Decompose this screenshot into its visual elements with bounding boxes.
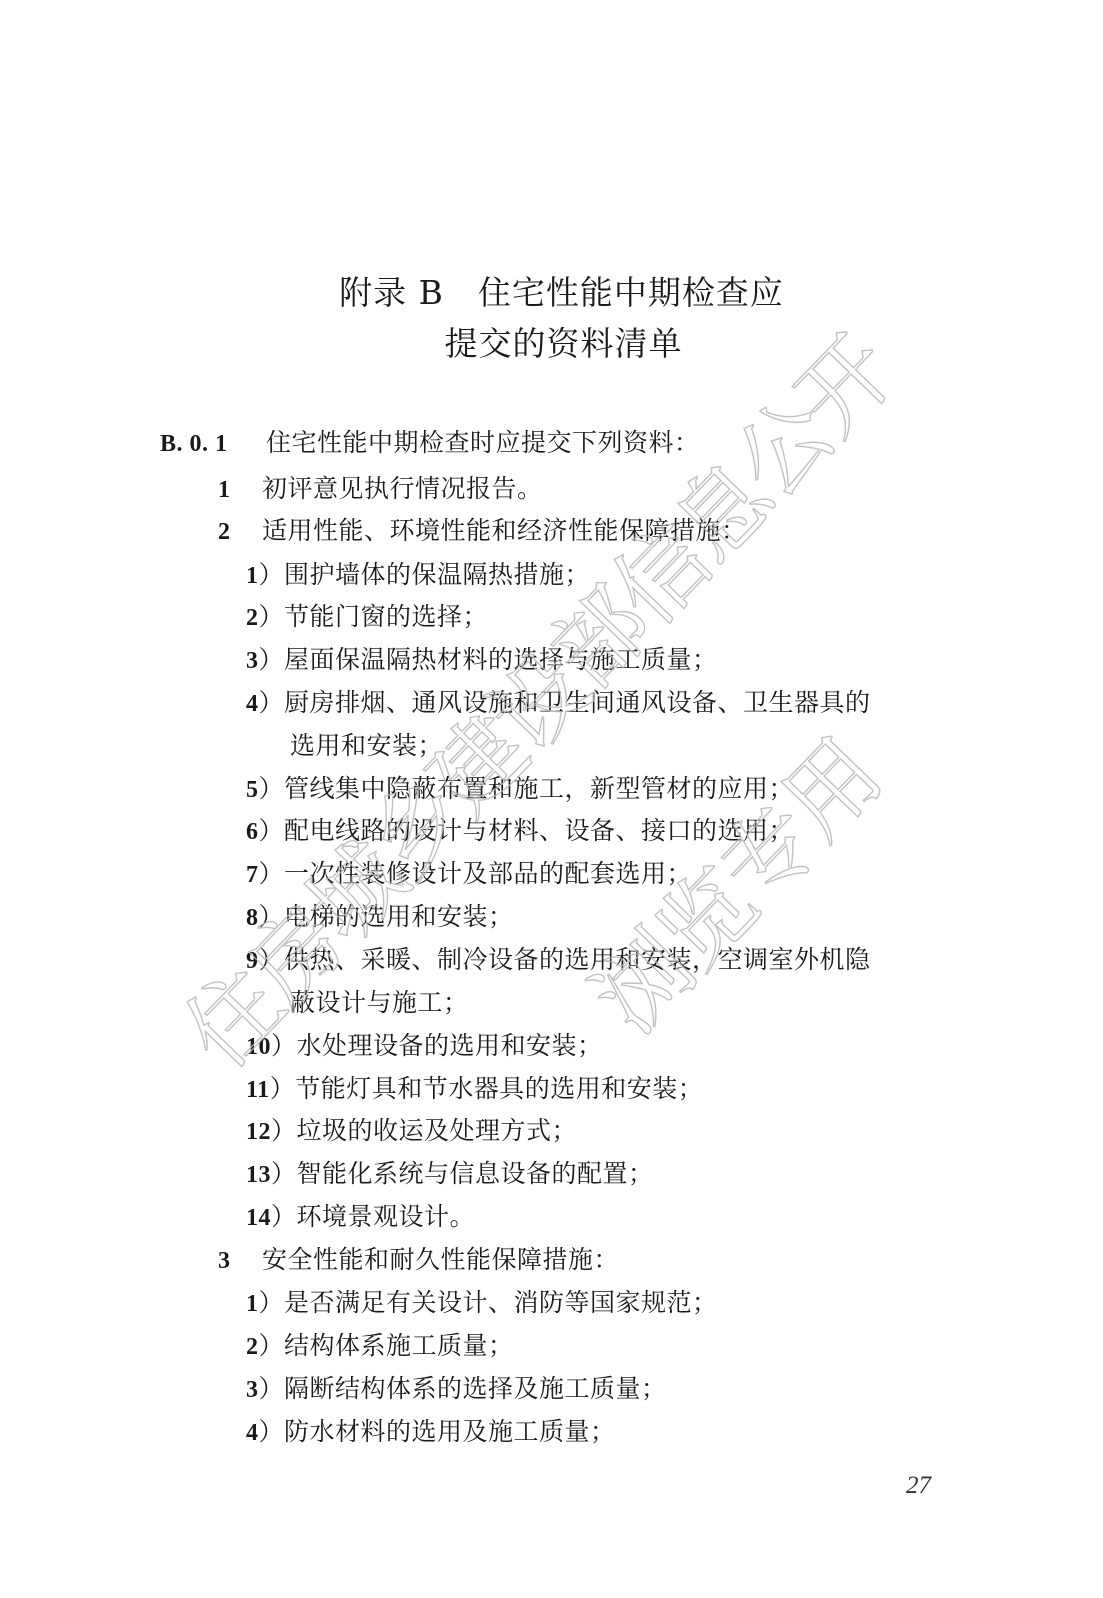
sub-item-number: 9 (246, 949, 259, 973)
item-text: 适用性能、环境性能和经济性能保障措施： (262, 516, 747, 545)
sub-item: 7）一次性装修设计及部品的配套选用； (246, 861, 692, 887)
sub-item-text: 屋面保温隔热材料的选择与施工质量； (284, 645, 718, 674)
sub-item-text: 围护墙体的保温隔热措施； (284, 560, 590, 589)
paren: ） (259, 1288, 285, 1317)
paren: ） (259, 560, 285, 589)
sub-item: 11）节能灯具和节水器具的选用和安装； (246, 1076, 703, 1102)
sub-item: 3）屋面保温隔热材料的选择与施工质量； (246, 647, 718, 673)
list-item-3: 3安全性能和耐久性能保障措施： (218, 1247, 619, 1273)
sub-item-text: 供热、采暖、制冷设备的选用和安装，空调室外机隐 (284, 945, 871, 974)
appendix-title-main: 住宅性能中期检查应 (478, 273, 784, 312)
sub-item-number: 11 (246, 1078, 270, 1102)
sub-item-text: 管线集中隐蔽布置和施工，新型管材的应用； (284, 774, 794, 803)
sub-item-text: 防水材料的选用及施工质量； (284, 1417, 616, 1446)
paren: ） (259, 688, 285, 717)
appendix-label: 附录 B (339, 273, 444, 312)
sub-item-number: 4 (246, 692, 259, 716)
sub-item-text: 隔断结构体系的选择及施工质量； (284, 1374, 667, 1403)
paren: ） (259, 1374, 285, 1403)
sub-item-number: 13 (246, 1163, 271, 1187)
appendix-title-line-1: 附录 B住宅性能中期检查应 (10, 276, 1103, 309)
sub-item: 1）围护墙体的保温隔热措施； (246, 562, 590, 588)
sub-item: 1）是否满足有关设计、消防等国家规范； (246, 1290, 718, 1316)
sub-item: 13）智能化系统与信息设备的配置； (246, 1161, 654, 1187)
item-text: 初评意见执行情况报告。 (262, 474, 543, 503)
paren: ） (271, 1202, 297, 1231)
sub-item: 10）水处理设备的选用和安装； (246, 1033, 603, 1059)
item-text: 安全性能和耐久性能保障措施： (262, 1245, 619, 1274)
sub-item-number: 7 (246, 863, 259, 887)
sub-item-number: 12 (246, 1120, 271, 1144)
sub-item-text: 结构体系施工质量； (284, 1331, 514, 1360)
paren: ） (259, 602, 285, 631)
sub-item: 8）电梯的选用和安装； (246, 904, 514, 930)
item-number: 1 (218, 478, 262, 502)
paren: ） (259, 816, 285, 845)
sub-item-text: 智能化系统与信息设备的配置； (297, 1159, 654, 1188)
paren: ） (271, 1116, 297, 1145)
paren: ） (259, 774, 285, 803)
sub-item: 14）环境景观设计。 (246, 1204, 475, 1230)
sub-item: 9）供热、采暖、制冷设备的选用和安装，空调室外机隐 (246, 947, 871, 973)
sub-item-text: 是否满足有关设计、消防等国家规范； (284, 1288, 718, 1317)
item-number: 2 (218, 520, 262, 544)
sub-item-number: 6 (246, 820, 259, 844)
page-number: 27 (906, 1472, 931, 1500)
document-page: 附录 B住宅性能中期检查应 提交的资料清单 B. 0. 1住宅性能中期检查时应提… (0, 0, 1103, 1598)
sub-item-continuation: 选用和安装； (290, 733, 443, 758)
sub-item: 12）垃圾的收运及处理方式； (246, 1118, 577, 1144)
sub-item: 5）管线集中隐蔽布置和施工，新型管材的应用； (246, 776, 794, 802)
sub-item-text: 水处理设备的选用和安装； (297, 1031, 603, 1060)
sub-item-text: 一次性装修设计及部品的配套选用； (284, 859, 692, 888)
list-item-1: 1初评意见执行情况报告。 (218, 476, 543, 502)
sub-item-number: 5 (246, 778, 259, 802)
sub-item-text: 环境景观设计。 (297, 1202, 476, 1231)
sub-item: 2）节能门窗的选择； (246, 604, 488, 630)
sub-item-text: 节能门窗的选择； (284, 602, 488, 631)
paren: ） (259, 1417, 285, 1446)
sub-item: 2）结构体系施工质量； (246, 1333, 514, 1359)
sub-item: 4）防水材料的选用及施工质量； (246, 1419, 616, 1445)
sub-item-number: 3 (246, 649, 259, 673)
sub-item-number: 10 (246, 1035, 271, 1059)
sub-item-number: 1 (246, 1292, 259, 1316)
sub-item-number: 2 (246, 1335, 259, 1359)
sub-item-text: 电梯的选用和安装； (284, 902, 514, 931)
sub-item-text: 垃圾的收运及处理方式； (297, 1116, 578, 1145)
paren: ） (271, 1159, 297, 1188)
sub-item-text: 配电线路的设计与材料、设备、接口的选用； (284, 816, 794, 845)
paren: ） (259, 645, 285, 674)
paren: ） (259, 902, 285, 931)
sub-item-number: 3 (246, 1378, 259, 1402)
item-number: 3 (218, 1249, 262, 1273)
sub-item-number: 2 (246, 606, 259, 630)
sub-item-number: 1 (246, 564, 259, 588)
sub-item: 6）配电线路的设计与材料、设备、接口的选用； (246, 818, 794, 844)
appendix-title-line-2: 提交的资料清单 (12, 327, 1103, 360)
sub-item-number: 4 (246, 1421, 259, 1445)
paren: ） (259, 859, 285, 888)
sub-item-number: 8 (246, 906, 259, 930)
sub-item-continuation: 蔽设计与施工； (290, 990, 469, 1015)
sub-item-text: 厨房排烟、通风设施和卫生间通风设备、卫生器具的 (284, 688, 871, 717)
sub-item-number: 14 (246, 1206, 271, 1230)
paren: ） (259, 945, 285, 974)
list-item-2: 2适用性能、环境性能和经济性能保障措施： (218, 518, 747, 544)
clause-b-0-1: B. 0. 1住宅性能中期检查时应提交下列资料： (160, 430, 700, 456)
sub-item-text: 节能灯具和节水器具的选用和安装； (295, 1074, 703, 1103)
paren: ） (270, 1074, 296, 1103)
sub-item: 4）厨房排烟、通风设施和卫生间通风设备、卫生器具的 (246, 690, 871, 716)
clause-number: B. 0. 1 (160, 432, 266, 456)
paren: ） (271, 1031, 297, 1060)
paren: ） (259, 1331, 285, 1360)
clause-text: 住宅性能中期检查时应提交下列资料： (266, 428, 700, 457)
sub-item: 3）隔断结构体系的选择及施工质量； (246, 1376, 667, 1402)
